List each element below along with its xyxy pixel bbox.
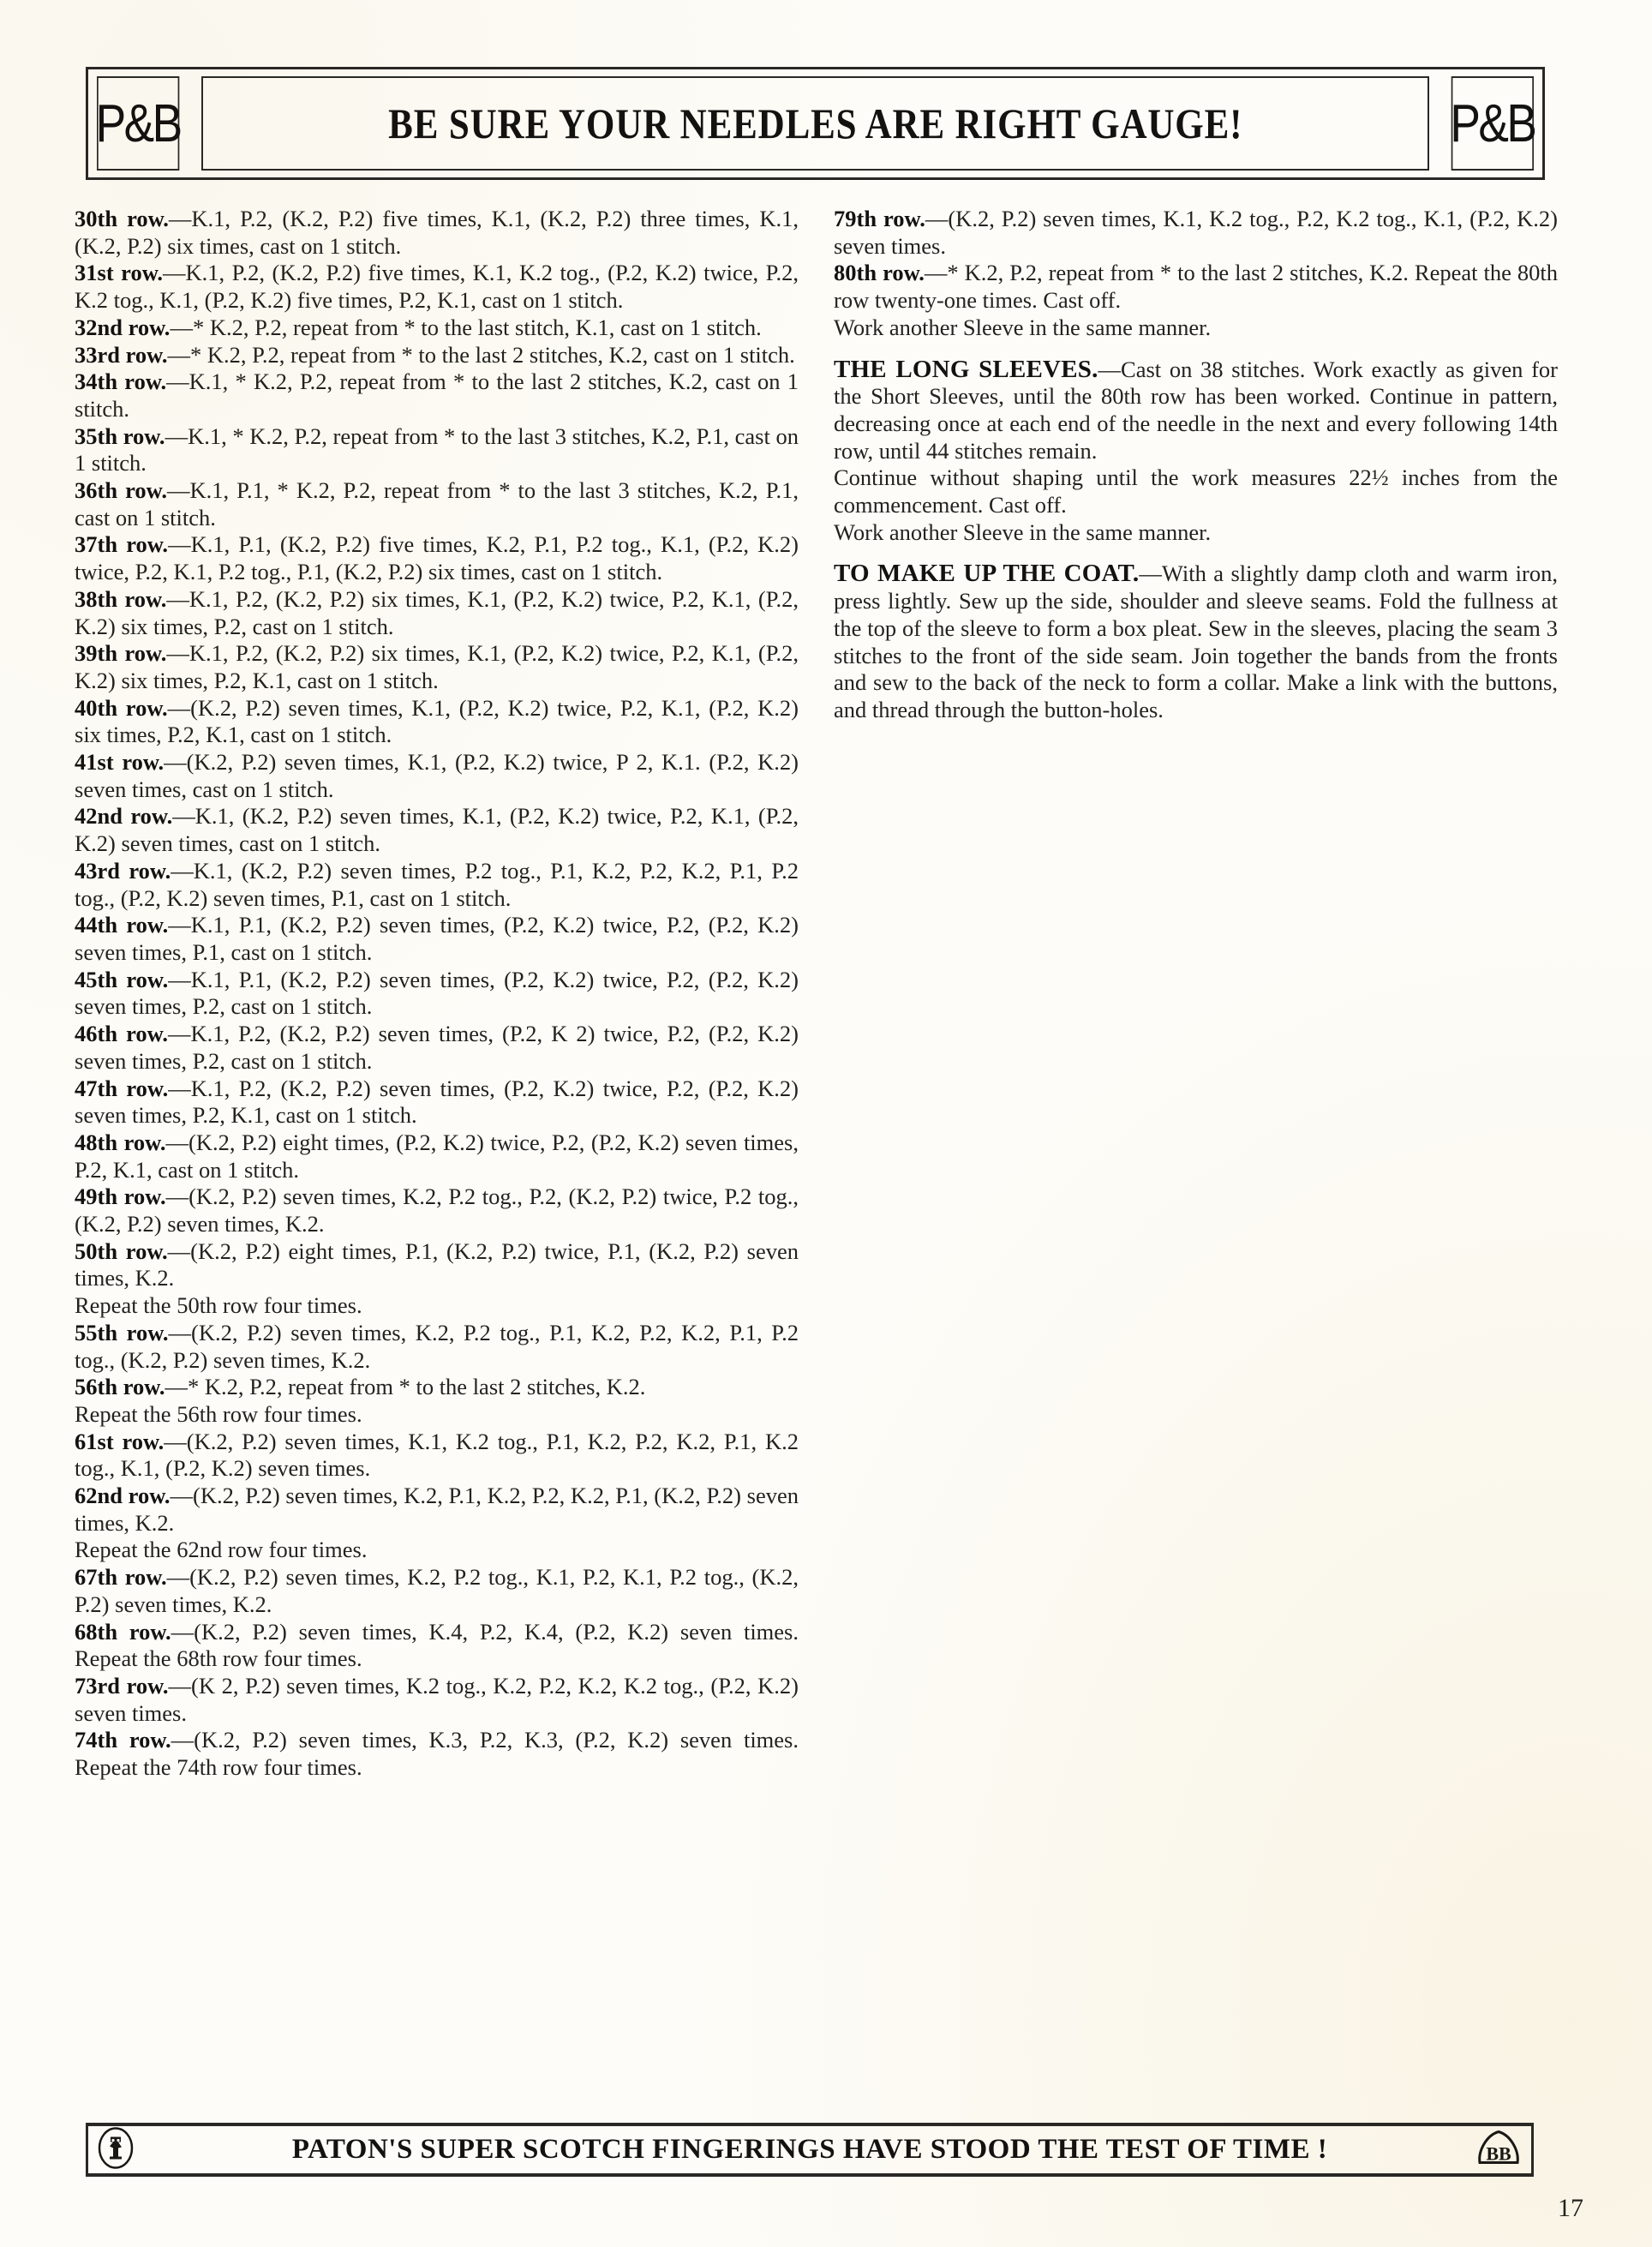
row-label: 48th row. [75,1129,165,1155]
row-label: 34th row. [75,369,166,394]
row-label: 31st row. [75,260,163,285]
row-text: —* K.2, P.2, repeat from * to the last 2… [165,1374,646,1399]
instruction-row: 45th row.—K.1, P.1, (K.2, P.2) seven tim… [75,967,799,1021]
section-heading: TO MAKE UP THE COAT. [834,560,1139,587]
instruction-row: 48th row.—(K.2, P.2) eight times, (P.2, … [75,1129,799,1183]
instruction-row: 43rd row.—K.1, (K.2, P.2) seven times, P… [75,858,799,912]
instruction-row: 30th row.—K.1, P.2, (K.2, P.2) five time… [75,206,799,260]
instruction-row: 38th row.—K.1, P.2, (K.2, P.2) six times… [75,586,799,640]
row-text: —* K.2, P.2, repeat from * to the last s… [170,315,761,340]
instruction-row: 44th row.—K.1, P.1, (K.2, P.2) seven tim… [75,912,799,966]
right-column: 79th row.—(K.2, P.2) seven times, K.1, K… [834,206,1558,724]
row-text: —K.1, (K.2, P.2) seven times, K.1, (P.2,… [75,803,799,856]
row-label: 55th row. [75,1320,169,1345]
pb-logo-left: P&B [97,76,179,171]
instruction-row: 46th row.—K.1, P.2, (K.2, P.2) seven tim… [75,1021,799,1075]
row-label: 62nd row. [75,1483,171,1508]
row-label: 61st row. [75,1429,164,1454]
row-text: —K.1, P.2, (K.2, P.2) seven times, (P.2,… [75,1076,799,1129]
row-text: —K.1, P.2, (K.2, P.2) six times, K.1, (P… [75,586,799,639]
row-text: Work another Sleeve in the same manner. [834,519,1211,545]
instruction-text: Repeat the 62nd row four times. [75,1537,799,1564]
row-text: —K.1, * K.2, P.2, repeat from * to the l… [75,423,799,476]
header-title: BE SURE YOUR NEEDLES ARE RIGHT GAUGE! [388,99,1242,148]
row-label: 39th row. [75,640,166,666]
row-text: —* K.2, P.2, repeat from * to the last 2… [834,260,1558,313]
instruction-row: 50th row.—(K.2, P.2) eight times, P.1, (… [75,1238,799,1292]
row-label: 50th row. [75,1238,168,1264]
instruction-row: 62nd row.—(K.2, P.2) seven times, K.2, P… [75,1483,799,1537]
row-label: 68th row. [75,1619,171,1645]
row-label: 79th row. [834,206,925,231]
row-label: 49th row. [75,1183,166,1209]
instruction-row: 61st row.—(K.2, P.2) seven times, K.1, K… [75,1429,799,1483]
header-title-box: BE SURE YOUR NEEDLES ARE RIGHT GAUGE! [201,76,1429,171]
row-text: —(K.2, P.2) eight times, P.1, (K.2, P.2)… [75,1238,799,1291]
row-text: —K.1, P.1, * K.2, P.2, repeat from * to … [75,477,799,530]
instruction-row: 67th row.—(K.2, P.2) seven times, K.2, P… [75,1564,799,1618]
row-text: —K.1, P.1, (K.2, P.2) seven times, (P.2,… [75,967,799,1020]
row-text: —K.1, * K.2, P.2, repeat from * to the l… [75,369,799,422]
section-the-long-sleeves: THE LONG SLEEVES.—Cast on 38 stitches. W… [834,357,1558,547]
row-label: 35th row. [75,423,165,449]
footer-slogan: PATON'S SUPER SCOTCH FINGERINGS HAVE STO… [292,2134,1327,2166]
row-label: 56th row. [75,1374,165,1399]
row-label: 80th row. [834,260,925,285]
row-label: 47th row. [75,1076,168,1101]
svg-text:BB: BB [1486,2142,1511,2164]
row-text: —K.1, P.2, (K.2, P.2) five times, K.1, (… [75,206,799,259]
instruction-row: 35th row.—K.1, * K.2, P.2, repeat from *… [75,423,799,477]
instruction-row: 55th row.—(K.2, P.2) seven times, K.2, P… [75,1320,799,1374]
row-text: —(K.2, P.2) seven times, K.1, (P.2, K.2)… [75,695,799,748]
row-text: —(K.2, P.2) seven times, K.2, P.2 tog., … [75,1564,799,1617]
instruction-row: 37th row.—K.1, P.1, (K.2, P.2) five time… [75,531,799,585]
instruction-row: 56th row.—* K.2, P.2, repeat from * to t… [75,1374,799,1401]
instruction-row: 31st row.—K.1, P.2, (K.2, P.2) five time… [75,260,799,314]
instruction-row: 49th row.—(K.2, P.2) seven times, K.2, P… [75,1183,799,1237]
instruction-row: 41st row.—(K.2, P.2) seven times, K.1, (… [75,749,799,803]
row-text: —K.1, (K.2, P.2) seven times, P.2 tog., … [75,858,799,911]
row-label: 32nd row. [75,315,170,340]
row-text: —K.1, P.2, (K.2, P.2) seven times, (P.2,… [75,1021,799,1074]
instruction-row: 68th row.—(K.2, P.2) seven times, K.4, P… [75,1619,799,1673]
instruction-text: Work another Sleeve in the same manner. [834,519,1558,547]
row-text: —K.1, P.1, (K.2, P.2) seven times, (P.2,… [75,912,799,965]
row-text: —K.1, P.1, (K.2, P.2) five times, K.2, P… [75,531,799,584]
row-label: 37th row. [75,531,168,557]
row-text: —* K.2, P.2, repeat from * to the last 2… [167,342,794,368]
row-label: 40th row. [75,695,168,721]
section-heading: THE LONG SLEEVES. [834,356,1098,383]
instruction-row: 42nd row.—K.1, (K.2, P.2) seven times, K… [75,803,799,857]
instruction-text: TO MAKE UP THE COAT.—With a slightly dam… [834,560,1558,723]
row-label: 67th row. [75,1564,167,1590]
row-label: 43rd row. [75,858,171,884]
instruction-row: 32nd row.—* K.2, P.2, repeat from * to t… [75,315,799,342]
instruction-text: Work another Sleeve in the same manner. [834,315,1558,342]
bb-trademark-icon: BB [1475,2128,1523,2172]
row-text: —(K.2, P.2) eight times, (P.2, K.2) twic… [75,1129,799,1183]
row-label: 30th row. [75,206,169,231]
row-text: Repeat the 62nd row four times. [75,1537,367,1562]
row-text: —(K.2, P.2) seven times, K.3, P.2, K.3, … [75,1727,799,1780]
page-number: 17 [1558,2194,1583,2223]
section-to-make-up-the-coat: TO MAKE UP THE COAT.—With a slightly dam… [834,560,1558,723]
row-text: —(K.2, P.2) seven times, K.1, (P.2, K.2)… [75,749,799,802]
row-text: —(K.2, P.2) seven times, K.2, P.1, K.2, … [75,1483,799,1536]
row-text: Repeat the 56th row four times. [75,1401,362,1427]
instruction-row: 74th row.—(K.2, P.2) seven times, K.3, P… [75,1727,799,1781]
instruction-row: 36th row.—K.1, P.1, * K.2, P.2, repeat f… [75,477,799,531]
row-label: 46th row. [75,1021,168,1046]
row-text: —(K.2, P.2) seven times, K.1, K.2 tog., … [75,1429,799,1482]
row-text: —(K 2, P.2) seven times, K.2 tog., K.2, … [75,1673,799,1726]
instruction-row: 33rd row.—* K.2, P.2, repeat from * to t… [75,342,799,369]
row-label: 41st row. [75,749,164,775]
instruction-text: Continue without shaping until the work … [834,464,1558,518]
pb-logo-right: P&B [1451,76,1534,171]
row-text: Continue without shaping until the work … [834,464,1558,518]
instruction-row: 47th row.—K.1, P.2, (K.2, P.2) seven tim… [75,1076,799,1129]
row-label: 38th row. [75,586,166,612]
section-continuation: 79th row.—(K.2, P.2) seven times, K.1, K… [834,206,1558,342]
row-label: 73rd row. [75,1673,169,1699]
instruction-row: 73rd row.—(K 2, P.2) seven times, K.2 to… [75,1673,799,1727]
row-text: —K.1, P.2, (K.2, P.2) five times, K.1, K… [75,260,799,313]
instruction-row: 80th row.—* K.2, P.2, repeat from * to t… [834,260,1558,314]
row-text: Repeat the 50th row four times. [75,1292,362,1318]
row-label: 42nd row. [75,803,172,829]
row-text: —(K.2, P.2) seven times, K.4, P.2, K.4, … [75,1619,799,1672]
left-column: 30th row.—K.1, P.2, (K.2, P.2) five time… [75,206,799,1782]
row-text: —K.1, P.2, (K.2, P.2) six times, K.1, (P… [75,640,799,693]
row-label: 36th row. [75,477,167,503]
row-text: —(K.2, P.2) seven times, K.2, P.2 tog., … [75,1183,799,1237]
footer-banner: PATON'S SUPER SCOTCH FINGERINGS HAVE STO… [86,2123,1534,2177]
instruction-row: 79th row.—(K.2, P.2) seven times, K.1, K… [834,206,1558,260]
row-label: 74th row. [75,1727,171,1753]
row-label: 44th row. [75,912,168,938]
header-banner: P&B BE SURE YOUR NEEDLES ARE RIGHT GAUGE… [86,67,1545,180]
scotsman-trademark-icon [97,2126,135,2173]
row-text: —(K.2, P.2) seven times, K.2, P.2 tog., … [75,1320,799,1373]
row-label: 45th row. [75,967,168,992]
instruction-row: 34th row.—K.1, * K.2, P.2, repeat from *… [75,369,799,422]
instruction-text: Repeat the 50th row four times. [75,1292,799,1320]
instruction-text: Repeat the 56th row four times. [75,1401,799,1429]
instruction-row: 39th row.—K.1, P.2, (K.2, P.2) six times… [75,640,799,694]
instruction-row: 40th row.—(K.2, P.2) seven times, K.1, (… [75,695,799,749]
instruction-text: THE LONG SLEEVES.—Cast on 38 stitches. W… [834,357,1558,465]
row-label: 33rd row. [75,342,167,368]
row-text: Work another Sleeve in the same manner. [834,315,1211,340]
row-text: —(K.2, P.2) seven times, K.1, K.2 tog., … [834,206,1558,259]
